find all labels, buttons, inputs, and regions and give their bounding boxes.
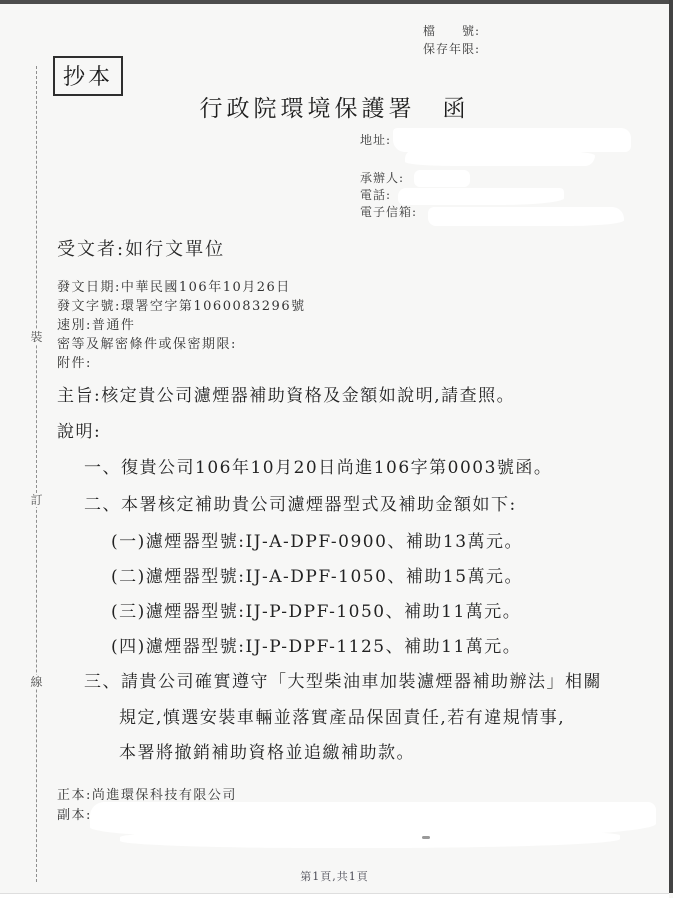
subject-line: 主旨:核定貴公司濾煙器補助資格及金額如說明,請查照。 (57, 381, 515, 406)
explanation-item-3-line-3: 本署將撤銷補助資格並追繳補助款。 (119, 738, 415, 763)
explanation-item-2: 二、本署核定補助貴公司濾煙器型式及補助金額如下: (84, 490, 517, 515)
issue-date-line: 發文日期:中華民國106年10月26日 (57, 276, 291, 295)
scan-bottom-edge (0, 893, 669, 898)
security-class-line: 密等及解密條件或保密期限: (57, 333, 237, 352)
redaction-phone (398, 188, 564, 205)
redaction-copy-recipients-2 (120, 830, 620, 848)
recipient-line: 受文者:如行文單位 (57, 235, 225, 261)
binding-mark-ding: 訂 (29, 493, 44, 507)
subsidy-model-1: (一)濾煙器型號:IJ-A-DPF-0900、補助13萬元。 (111, 527, 523, 552)
scan-top-edge (0, 0, 673, 4)
contact-person-label: 承辦人: (360, 170, 417, 187)
explanation-heading: 說明: (57, 417, 101, 442)
document-title: 行政院環境保護署 函 (0, 90, 669, 123)
explanation-item-3-line-1: 三、請貴公司確實遵守「大型柴油車加裝濾煙器補助辦法」相關 (84, 667, 602, 692)
redaction-email (428, 207, 624, 226)
file-number-block: 檔 號: 保存年限: (423, 22, 480, 58)
explanation-item-3-line-2: 規定,慎選安裝車輛並落實產品保固責任,若有違規情事, (119, 703, 565, 728)
binding-mark-zhuang: 裝 (29, 330, 44, 344)
copy-recipient-label: 副本: (57, 804, 92, 823)
binding-dashed-line (36, 66, 37, 882)
subsidy-model-2: (二)濾煙器型號:IJ-A-DPF-1050、補助15萬元。 (111, 562, 523, 587)
subsidy-model-3: (三)濾煙器型號:IJ-P-DPF-1050、補助11萬元。 (111, 597, 521, 622)
scanned-letter-page: 裝 訂 線 檔 號: 保存年限: 抄本 行政院環境保護署 函 地址: 承辦人: … (0, 0, 673, 898)
page-footer: 第1頁,共1頁 (0, 868, 669, 884)
reference-number-line: 發文字號:環署空字第1060083296號 (57, 295, 306, 314)
explanation-item-1: 一、復貴公司106年10月20日尚進106字第0003號函。 (84, 453, 552, 478)
binding-mark-xian: 線 (29, 675, 44, 689)
redaction-address (393, 128, 631, 152)
subsidy-model-4: (四)濾煙器型號:IJ-P-DPF-1125、補助11萬元。 (111, 632, 521, 657)
retention-period-label: 保存年限: (423, 40, 480, 58)
redaction-remnant-dots (422, 836, 430, 839)
redaction-contact-person (414, 170, 470, 187)
scan-right-edge (669, 0, 673, 893)
file-number-label: 檔 號: (423, 22, 480, 40)
redaction-address-2 (405, 150, 595, 166)
attachment-line: 附件: (57, 352, 92, 371)
original-recipient-line: 正本:尚進環保科技有限公司 (57, 784, 237, 803)
speed-class-line: 速別:普通件 (57, 314, 135, 333)
email-label: 電子信箱: (360, 204, 417, 221)
